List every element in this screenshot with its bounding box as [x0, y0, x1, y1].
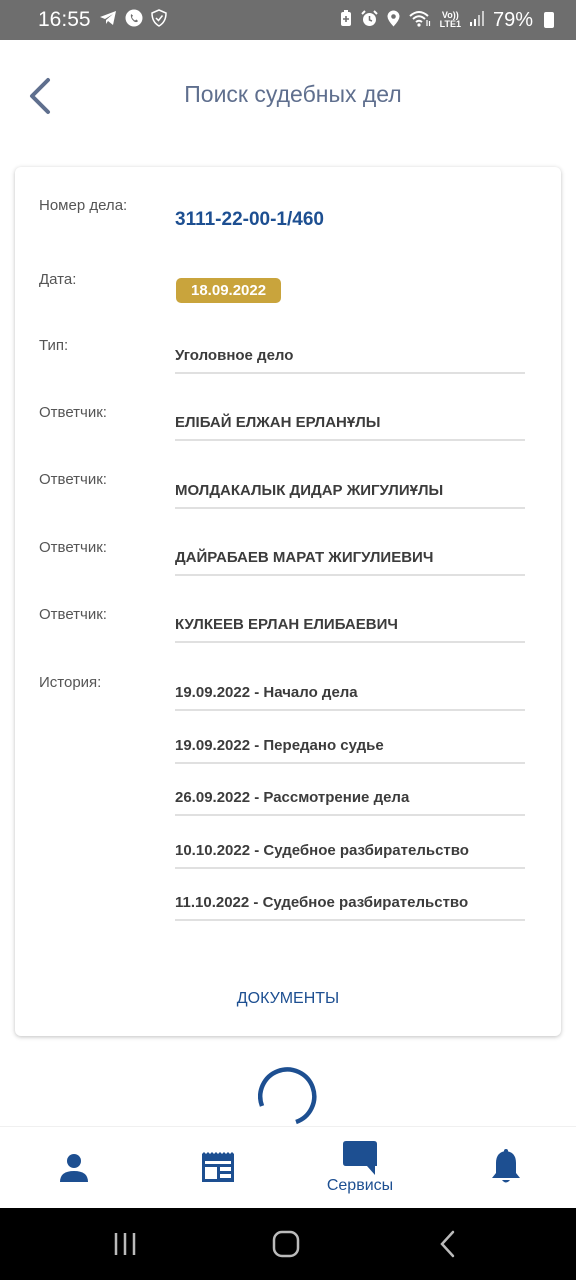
recent-apps-button[interactable]	[112, 1230, 140, 1263]
case-number: 3111-22-00-1/460	[175, 209, 324, 231]
status-time: 16:55	[38, 8, 91, 32]
signal-icon	[470, 10, 484, 30]
bell-icon	[490, 1149, 522, 1185]
telegram-icon	[99, 10, 117, 30]
history-item: 11.10.2022 - Судебное разбирательство	[175, 894, 525, 921]
history-label: История:	[39, 674, 101, 691]
system-back-button[interactable]	[436, 1230, 460, 1263]
history-item: 19.09.2022 - Начало дела	[175, 684, 525, 711]
system-navigation-bar	[0, 1208, 576, 1280]
defendant-label: Ответчик:	[39, 471, 107, 488]
chat-bubble-icon	[343, 1141, 377, 1175]
history-item: 26.09.2022 - Рассмотрение дела	[175, 789, 525, 816]
bottom-navigation: Сервисы	[0, 1126, 576, 1208]
nav-notifications[interactable]	[434, 1127, 576, 1209]
case-number-label: Номер дела:	[39, 197, 127, 214]
nav-profile[interactable]	[2, 1127, 146, 1209]
defendant-name: ДАЙРАБАЕВ МАРАТ ЖИГУЛИЕВИЧ	[175, 549, 525, 576]
alarm-icon	[361, 10, 378, 31]
home-icon	[272, 1230, 302, 1258]
defendant-label: Ответчик:	[39, 539, 107, 556]
history-item: 10.10.2022 - Судебное разбирательство	[175, 842, 525, 869]
phone-icon	[125, 9, 143, 31]
date-label: Дата:	[39, 271, 76, 288]
defendant-name: МОЛДАКАЛЫК ДИДАР ЖИГУЛИҰЛЫ	[175, 482, 525, 509]
defendant-name: КУЛКЕЕВ ЕРЛАН ЕЛИБАЕВИЧ	[175, 616, 525, 643]
defendant-label: Ответчик:	[39, 606, 107, 623]
recent-apps-icon	[112, 1230, 140, 1258]
defendant-name: ЕЛІБАЙ ЕЛЖАН ЕРЛАНҰЛЫ	[175, 414, 525, 441]
wifi-icon	[409, 10, 431, 31]
page-title: Поиск судебных дел	[0, 81, 576, 108]
documents-button[interactable]: ДОКУМЕНТЫ	[15, 990, 561, 1008]
type-label: Тип:	[39, 337, 68, 354]
back-icon	[436, 1230, 460, 1258]
nav-label-services: Сервисы	[327, 1177, 393, 1195]
home-button[interactable]	[272, 1230, 302, 1263]
person-icon	[59, 1152, 89, 1182]
case-type: Уголовное дело	[175, 347, 525, 374]
case-details-card: Номер дела: 3111-22-00-1/460 Дата: 18.09…	[15, 167, 561, 1036]
date-badge: 18.09.2022	[176, 278, 281, 303]
shield-check-icon	[151, 9, 167, 31]
loading-spinner-icon	[258, 1066, 318, 1126]
status-bar: 16:55 Vo))LTE1 79%	[0, 0, 576, 40]
history-item: 19.09.2022 - Передано судье	[175, 737, 525, 764]
location-icon	[387, 10, 400, 31]
app-header: Поиск судебных дел	[0, 40, 576, 152]
nav-services[interactable]: Сервисы	[288, 1127, 432, 1209]
battery-icon	[544, 12, 554, 28]
news-icon	[201, 1151, 235, 1183]
battery-saver-icon	[340, 10, 352, 31]
volte-lte-icon: Vo))LTE1	[440, 11, 461, 29]
defendant-label: Ответчик:	[39, 404, 107, 421]
nav-news[interactable]	[146, 1127, 290, 1209]
battery-percent: 79%	[493, 9, 533, 32]
